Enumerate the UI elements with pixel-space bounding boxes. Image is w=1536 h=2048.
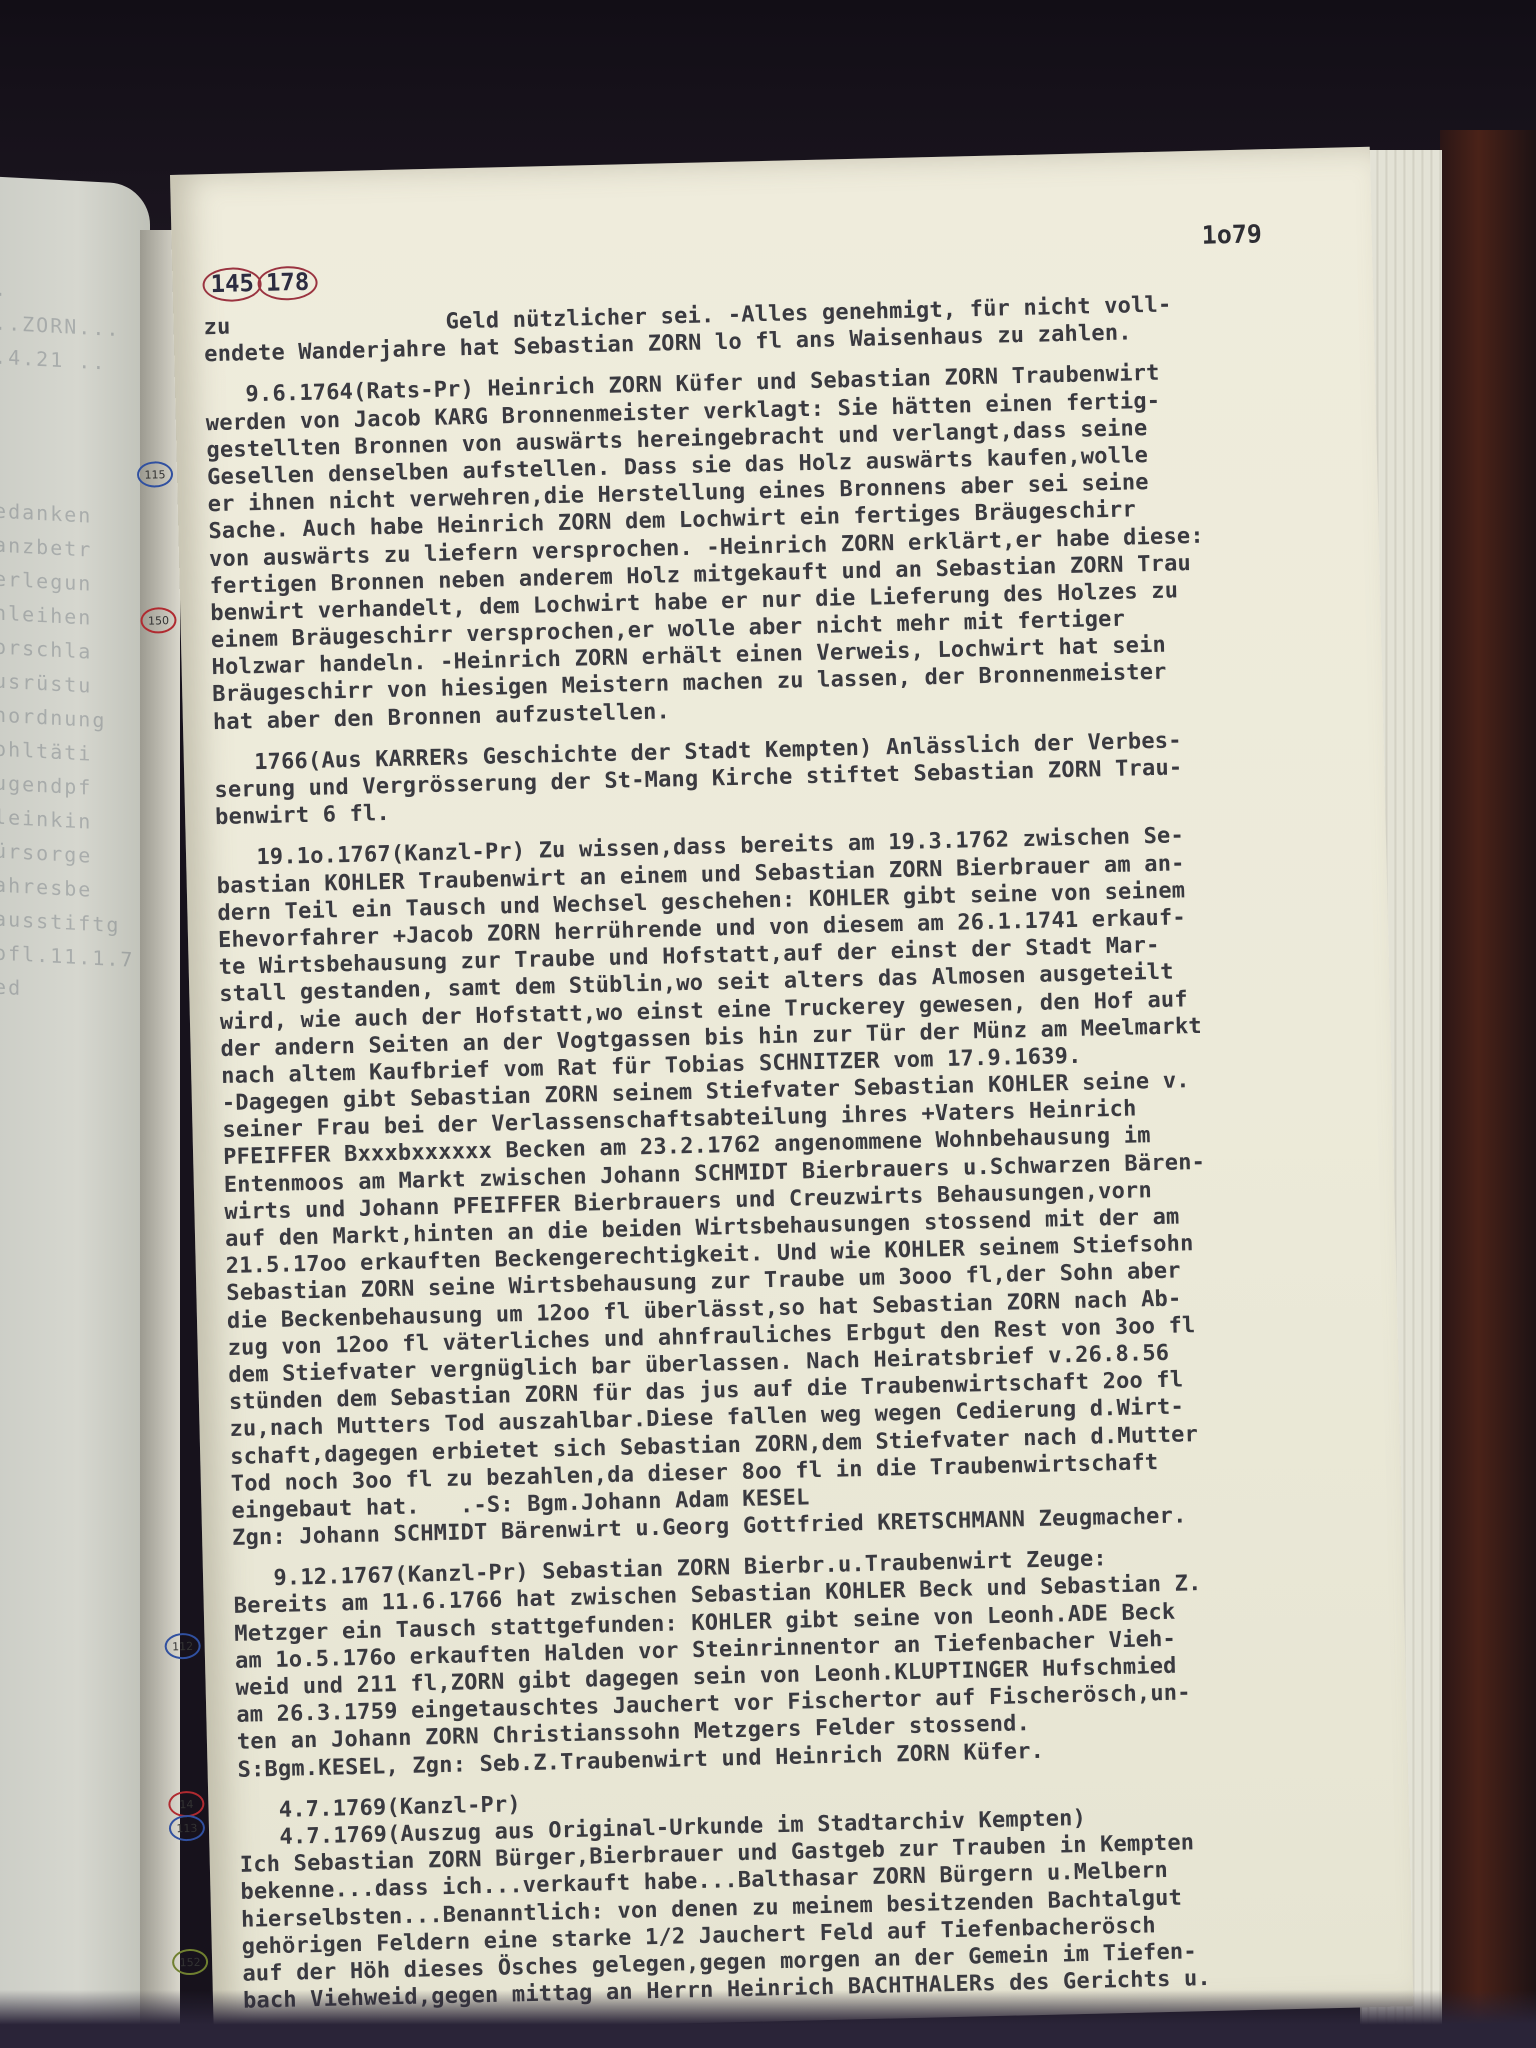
- left-page-faint-text: Tanzbetr: [0, 532, 92, 562]
- left-page-faint-text: Ausrüstu: [0, 668, 92, 698]
- left-page-faint-text: Verlegun: [0, 566, 92, 596]
- reference-circles: 145 178: [202, 266, 313, 303]
- left-page-faint-text: Hausstiftg: [0, 906, 120, 937]
- margin-annotation-circle: 152: [172, 1949, 209, 1976]
- margin-annotation-circle: 14: [168, 1791, 205, 1818]
- table-surface: [0, 1990, 1536, 2048]
- typewritten-text: zu Geld nützlicher sei. -Alles genehmigt…: [203, 287, 1403, 2015]
- margin-annotation-circle: 113: [169, 1815, 206, 1842]
- left-page-faint-text: ...ZORN...: [0, 310, 120, 341]
- left-page-faint-text: Gedanken: [0, 498, 92, 528]
- left-page-faint-text: Ged: [0, 974, 22, 1000]
- book-gutter: [140, 230, 180, 2030]
- book-cover-edge: [1440, 130, 1536, 2048]
- left-page-faint-text: Hofl.11.1.7: [0, 940, 134, 972]
- left-page-faint-text: Wohltäti: [0, 736, 92, 766]
- left-page-faint-text: Kleinkin: [0, 804, 92, 834]
- page-number: 1o79: [1201, 219, 1262, 249]
- left-page-faint-text: 1.: [0, 276, 8, 301]
- left-page-faint-text: 1.4.21 ..: [0, 344, 106, 375]
- reference-number: 178: [258, 266, 318, 301]
- left-page: 1....ZORN...1.4.21 ..GedankenTanzbetrVer…: [0, 175, 150, 2044]
- left-page-faint-text: Jugendpf: [0, 770, 92, 800]
- reference-number: 145: [202, 267, 262, 302]
- left-page-faint-text: Fürsorge: [0, 838, 92, 868]
- left-page-faint-text: Anordnung: [0, 702, 106, 733]
- left-page-faint-text: Vorschla: [0, 634, 92, 664]
- margin-annotation-circle: 112: [164, 1633, 201, 1660]
- left-page-faint-text: Anleihen: [0, 600, 92, 630]
- document-page: 1o79 145 178 zu Geld nützlicher sei. -Al…: [170, 147, 1413, 2035]
- left-page-faint-text: Jahresbe: [0, 872, 92, 902]
